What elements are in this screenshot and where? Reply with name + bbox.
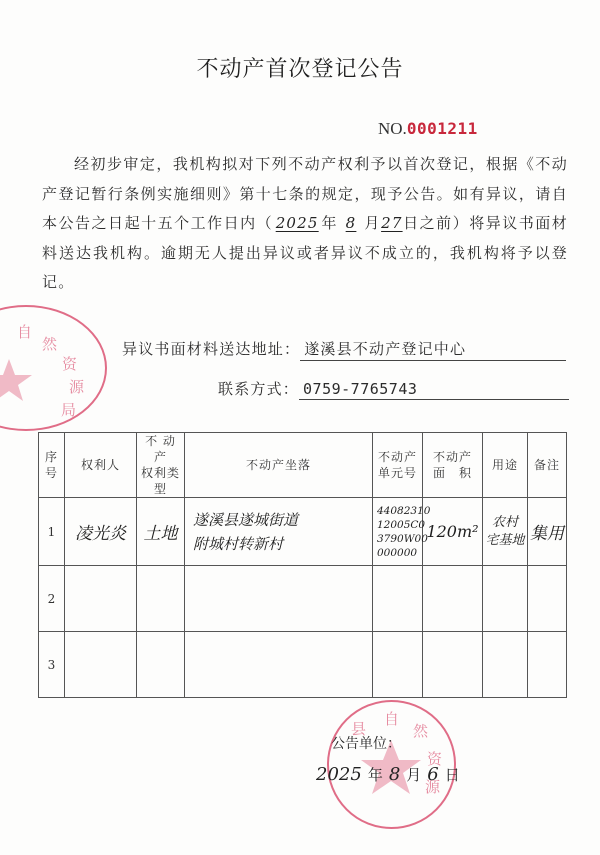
svg-text:自: 自 [17,323,32,341]
header-location: 不动产坐落 [185,433,373,498]
table-row: 1 凌光炎 土地 遂溪县遂城街道 附城村转新村 44082310 12005C0… [39,498,567,566]
issue-year: 2025 [316,764,362,785]
issuing-unit-label: 公告单位： [331,733,401,753]
header-right-type-line1: 不 动 产 [137,433,184,465]
official-seal-left: 自 然 资 源 局 [0,305,107,431]
header-note: 备注 [528,433,567,498]
document-title: 不动产首次登记公告 [0,52,600,83]
table-row: 2 [39,566,567,632]
serial-prefix: NO. [378,119,407,138]
header-index: 序号 [39,433,65,498]
row-unit-number [373,566,423,632]
row-location-line2: 附城村转新村 [193,532,372,556]
svg-text:局: 局 [61,401,76,419]
issue-day-label: 日 [445,766,460,784]
header-unit-line2: 单元号 [373,465,422,481]
header-unit-line1: 不动产 [373,449,422,465]
issue-month: 8 [389,764,400,785]
serial-value: 0001211 [407,119,478,138]
issue-year-label: 年 [368,766,383,784]
row-index: 1 [39,498,65,566]
objection-address-row: 异议书面材料送达地址：遂溪县不动产登记中心 [122,338,566,361]
header-owner: 权利人 [65,433,137,498]
contact-label: 联系方式： [218,380,299,398]
row-usage [483,566,528,632]
deadline-month: 8 [338,209,364,239]
svg-text:资: 资 [62,355,78,373]
table-header-row: 序号 权利人 不 动 产 权利类型 不动产坐落 不动产 单元号 不动产 面 积 … [39,433,567,498]
row-unit-number [373,632,423,698]
header-area-line1: 不动产 [423,449,482,465]
row-index: 3 [39,632,65,698]
header-usage: 用途 [483,433,528,498]
row-usage-line2: 宅基地 [483,532,527,550]
svg-text:然: 然 [42,335,58,353]
row-right-type [137,566,185,632]
row-location [185,632,373,698]
row-note [528,632,567,698]
row-owner [65,632,137,698]
row-unit-line2: 12005C0 [377,518,422,532]
deadline-year: 2025 [273,209,321,239]
contact-phone: 0759-7765743 [299,380,569,400]
objection-address-value: 遂溪县不动产登记中心 [300,338,566,361]
year-label: 年 [321,214,338,232]
row-owner [65,566,137,632]
contact-row: 联系方式：0759-7765743 [218,378,569,400]
row-area: 120m² [423,498,483,566]
issue-date: 2025年8月6日 [310,764,460,785]
seal-star-icon: 自 然 资 源 局 [0,307,105,429]
row-usage: 农村 宅基地 [483,498,528,566]
issue-day: 6 [427,764,438,785]
header-right-type-line2: 权利类型 [137,465,184,497]
month-label: 月 [364,214,381,232]
deadline-day: 27 [381,209,403,239]
row-right-type [137,632,185,698]
row-unit-line1: 44082310 [377,504,422,518]
serial-number: NO.0001211 [378,119,478,139]
row-unit-line4: 000000 [377,546,422,560]
row-note [528,566,567,632]
objection-address-label: 异议书面材料送达地址： [122,340,300,358]
row-location [185,566,373,632]
row-area [423,632,483,698]
row-owner: 凌光炎 [65,498,137,566]
svg-text:源: 源 [69,378,85,396]
svg-text:然: 然 [413,722,429,740]
header-area-line2: 面 积 [423,465,482,481]
row-location: 遂溪县遂城街道 附城村转新村 [185,498,373,566]
header-area: 不动产 面 积 [423,433,483,498]
header-unit-number: 不动产 单元号 [373,433,423,498]
row-location-line1: 遂溪县遂城街道 [193,508,372,532]
row-right-type: 土地 [137,498,185,566]
row-note: 集用 [528,498,567,566]
issue-month-label: 月 [406,766,421,784]
registration-table: 序号 权利人 不 动 产 权利类型 不动产坐落 不动产 单元号 不动产 面 积 … [38,432,567,698]
header-right-type: 不 动 产 权利类型 [137,433,185,498]
row-usage-line1: 农村 [483,514,527,532]
row-index: 2 [39,566,65,632]
table-row: 3 [39,632,567,698]
announcement-body: 经初步审定，我机构拟对下列不动产权利予以首次登记，根据《不动产登记暂行条例实施细… [42,150,568,298]
row-unit-line3: 3790W00 [377,532,422,546]
row-unit-number: 44082310 12005C0 3790W00 000000 [373,498,423,566]
row-usage [483,632,528,698]
row-area [423,566,483,632]
svg-text:自: 自 [384,710,399,728]
